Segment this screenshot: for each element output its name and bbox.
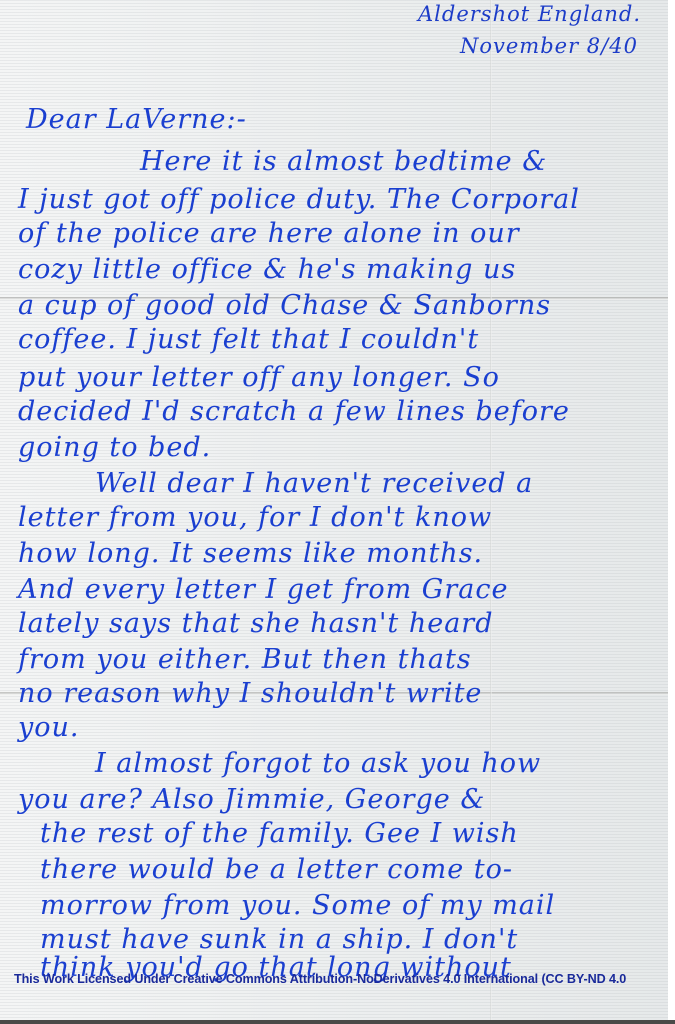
letter-line: cozy little office & he's making us [18, 254, 516, 285]
letter-line: I just got off police duty. The Corporal [18, 184, 580, 215]
letter-page: Aldershot England. November 8/40 Dear La… [0, 0, 668, 1020]
letter-line: decided I'd scratch a few lines before [18, 396, 570, 427]
letter-line: must have sunk in a ship. I don't [40, 924, 518, 955]
letter-line: how long. It seems like months. [18, 538, 483, 569]
letter-date: November 8/40 [460, 34, 638, 58]
letter-line: And every letter I get from Grace [18, 574, 508, 605]
letter-line: put your letter off any longer. So [18, 362, 500, 393]
letter-line: going to bed. [18, 432, 211, 463]
letter-salutation: Dear LaVerne:- [26, 104, 247, 135]
letter-line: morrow from you. Some of my mail [40, 890, 555, 921]
letter-line: the rest of the family. Gee I wish [40, 818, 519, 849]
page-margin [668, 0, 675, 1024]
letter-line: Here it is almost bedtime & [140, 146, 547, 177]
letter-line: there would be a letter come to- [40, 854, 513, 885]
letter-line: Well dear I haven't received a [95, 468, 533, 499]
letter-line: coffee. I just felt that I couldn't [18, 324, 479, 355]
letter-line: letter from you, for I don't know [18, 502, 492, 533]
letter-line: lately says that she hasn't heard [18, 608, 494, 639]
letter-line: of the police are here alone in our [18, 218, 520, 249]
license-notice: This Work Licensed Under Creative Common… [14, 972, 675, 986]
letter-location: Aldershot England. [418, 2, 641, 26]
letter-line: from you either. But then thats [18, 644, 472, 675]
letter-line: no reason why I shouldn't write [18, 678, 482, 709]
letter-line: a cup of good old Chase & Sanborns [18, 290, 551, 321]
letter-line: you are? Also Jimmie, George & [18, 784, 485, 815]
letter-line: you. [18, 712, 79, 743]
letter-line: I almost forgot to ask you how [95, 748, 541, 779]
page-bottom-edge [0, 1020, 675, 1024]
